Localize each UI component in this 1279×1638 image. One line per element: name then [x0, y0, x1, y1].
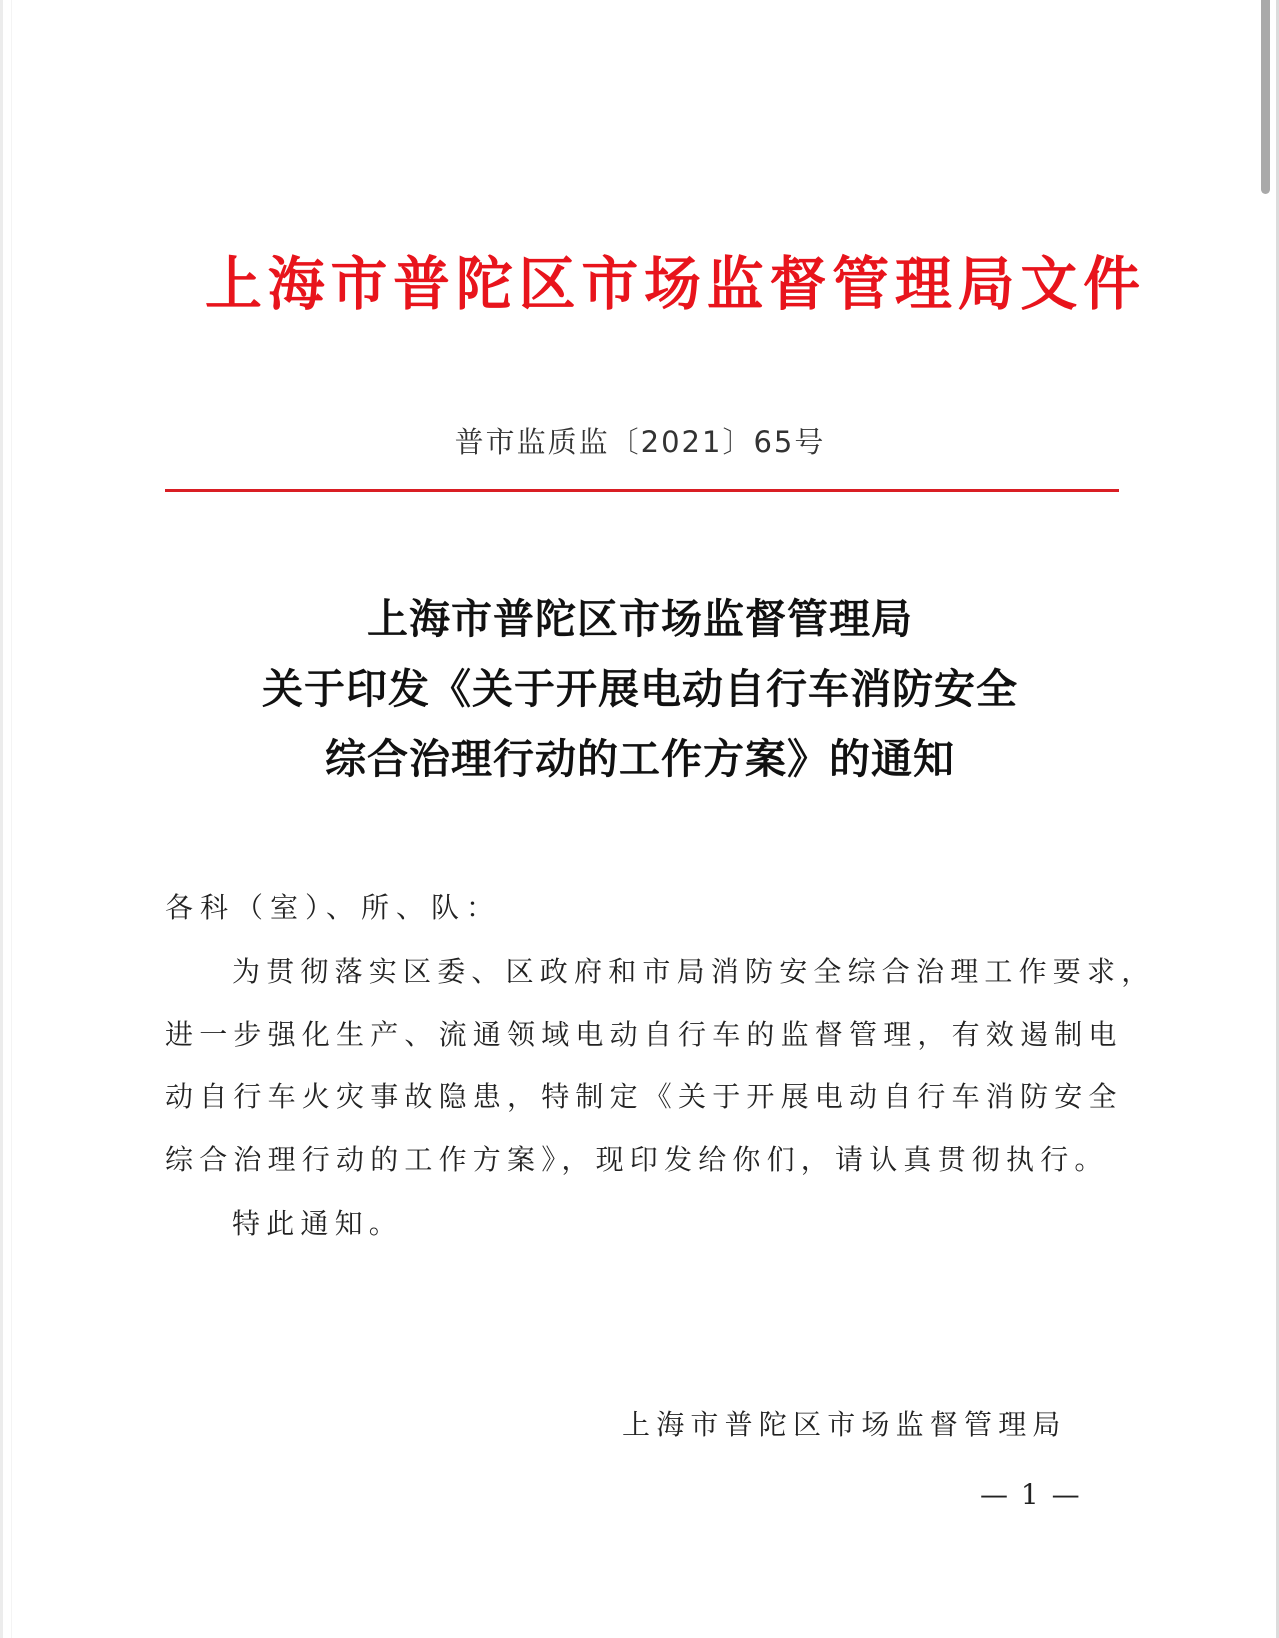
page-left-edge — [0, 0, 3, 1638]
document-number: 普市监质监〔2021〕65号 — [430, 422, 850, 462]
body-line-3: 动自行车火灾事故隐患，特制定《关于开展电动自行车消防安全 — [165, 1077, 1123, 1117]
salutation: 各科（室）、所、队： — [165, 888, 501, 928]
vertical-scrollbar[interactable] — [1256, 0, 1276, 1638]
page-number: — 1 — — [980, 1475, 1082, 1515]
title-line-1: 上海市普陀区市场监督管理局 — [160, 584, 1120, 654]
scrollbar-thumb[interactable] — [1261, 0, 1270, 194]
body-line-2: 进一步强化生产、流通领域电动自行车的监督管理，有效遏制电 — [165, 1015, 1123, 1055]
body-line-1: 为贯彻落实区委、区政府和市局消防安全综合治理工作要求， — [232, 952, 1155, 992]
document-header-title: 上海市普陀区市场监督管理局文件 — [205, 248, 1067, 320]
notice-title: 上海市普陀区市场监督管理局 关于印发《关于开展电动自行车消防安全 综合治理行动的… — [160, 584, 1120, 794]
title-line-2: 关于印发《关于开展电动自行车消防安全 — [160, 654, 1120, 724]
red-separator-rule — [165, 489, 1119, 492]
page-left-edge-line — [11, 0, 12, 1638]
title-line-3: 综合治理行动的工作方案》的通知 — [160, 724, 1120, 794]
body-line-4: 综合治理行动的工作方案》，现印发给你们，请认真贯彻执行。 — [165, 1140, 1109, 1180]
issuer-signature: 上海市普陀区市场监督管理局 — [622, 1405, 1067, 1445]
closing-remark: 特此通知。 — [232, 1204, 403, 1244]
